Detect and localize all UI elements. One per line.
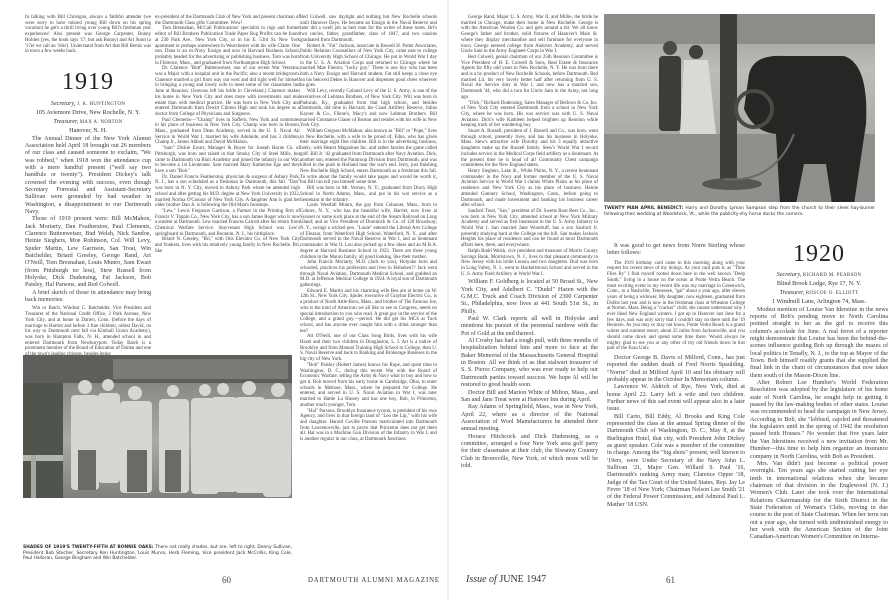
paragraph: Stuart A. Russell, president of J. Russe… <box>461 129 598 169</box>
paragraph: Louis Westfall Munro, the guy from Cohas… <box>300 203 437 260</box>
column-6: 1920 Secretary, RICHARD M. PEARSON Blind… <box>750 241 888 542</box>
paragraph: Modest mention of Louise Van Iderstine i… <box>750 307 888 380</box>
column-4: George Rand, Major U. S. Army, War II, a… <box>461 15 598 470</box>
paragraph: Red Colwell, saw daylight and nothing bu… <box>300 15 437 44</box>
group-of-men-illustration <box>23 355 292 498</box>
paragraph: "Bob" Paisley (Robert James) knows his R… <box>300 363 437 409</box>
intro-paragraph: In talking with Bill Christgau, always a… <box>25 15 151 55</box>
column-5: It was good to get news from Norm Sterli… <box>607 243 745 509</box>
treasurer-line: Treasurer, ROSCOE O. ELLIOTT <box>750 289 888 298</box>
paragraph: "Sam" Dickie Ewart, Manager & Buyer for … <box>155 146 300 175</box>
paragraph: William Gregson McMahon, also known as "… <box>300 129 437 186</box>
photo-caption-left: SHADES OF 1919'S TWENTY-FIFTH AT BONNIE … <box>23 545 292 562</box>
column-3: Red Colwell, saw daylight and nothing bu… <box>300 15 437 443</box>
column-1: In talking with Bill Christgau, always a… <box>25 15 151 358</box>
paragraph: "Hal" Parsons, Brooklyn Insurance tycoon… <box>300 409 437 443</box>
paragraph: Will Levy, recently Colonel Levy of the … <box>300 89 437 129</box>
paragraph: Those of 1919 present were: Bill McMahon… <box>25 216 151 289</box>
paragraph: Mrs. Van didn't just become a political … <box>750 461 888 542</box>
paragraph: Dr. Daniel Francis Featherston, physicia… <box>155 175 300 209</box>
treasurer-line: Treasurer, MAX A. NORTON <box>25 118 151 127</box>
page-gutter <box>447 0 449 600</box>
couple-and-horse-illustration <box>604 14 875 202</box>
paragraph: Paul Clements—"Champ" lives in Suffern, … <box>155 118 300 147</box>
paragraph: George Rand, Major U. S. Army, War II, a… <box>461 15 598 55</box>
issue-date-footer: Issue of JUNE 1947 <box>466 574 546 585</box>
paragraph: "Lew," Lewis Ferguson Garrison, a Partne… <box>155 209 300 238</box>
paragraph: A brief sketch of those in attendance ma… <box>25 290 151 305</box>
paragraph: Lawrence W. Aldrich of Rye, New York, di… <box>607 384 745 413</box>
paragraph: John Francis Moriarty, M.D. (Jack to you… <box>300 260 437 289</box>
paragraph: Red Colwell, genial chairman of our 25th… <box>461 55 598 101</box>
paragraph: Bill Carto, Bill Eddy, Al Brooks and Kin… <box>607 414 745 509</box>
magazine-title-footer: DARTMOUTH ALUMNI MAGAZINE <box>308 577 440 584</box>
photo-caption-right: TWENTY MAN APRIL BENEDICT: Harry and Dor… <box>604 206 875 217</box>
paragraph: Doctor Bill and Marion White of Milton, … <box>461 390 598 405</box>
page-number-right: 61 <box>666 575 675 585</box>
letter-quote: The 1919 birthday card came in this morn… <box>607 261 745 352</box>
secretary-address: 105 Aviemore Drive, New Rochelle, N. Y. <box>25 109 151 117</box>
paragraph: Horace Hitchcock and Dick Dudensing, as … <box>461 434 598 471</box>
paragraph: Al Crosby has had a tough pull, with thr… <box>461 338 598 389</box>
section-heading-1920: 1920 <box>750 241 888 267</box>
wedding-horse-photo <box>604 14 875 202</box>
paragraph: Ray Adams of Springfield, Mass., was in … <box>461 404 598 433</box>
paragraph: "Dick," Richard Dudensing, Sales Manager… <box>461 101 598 130</box>
paragraph: Paul W. Clark reports all well in Holyok… <box>461 316 598 338</box>
column-2: ex-president of the Dartmouth Club of Ne… <box>155 15 300 255</box>
paragraph: After Robert Lee Humber's World Federati… <box>750 380 888 461</box>
paragraph: William F. Goldberg is located at 50 Bro… <box>461 279 598 316</box>
treasurer-address: 1 Windmill Lane, Arlington 74, Mass. <box>750 298 888 306</box>
secretary-address: Blind Brook Lodge, Rye 17, N. Y. <box>750 280 888 288</box>
paragraph: Doctor George B. Davis of Milford, Conn.… <box>607 355 745 384</box>
paragraph: Bill was born in Mt. Vernon, N. Y.; grad… <box>300 186 437 203</box>
paragraph: Briard N. Greeley, "Bri," with Otis Elev… <box>155 237 300 254</box>
paragraph: Win or Batch, Windsor C. Batchelder, Vic… <box>25 306 151 357</box>
paragraph: Tom Bresnahan, McCall Publications' spec… <box>155 26 300 66</box>
paragraph: Robert A. "Fat" Jackson, associate in Ru… <box>300 44 437 90</box>
treasurer-address: Hanover, N. H. <box>25 127 151 135</box>
page-number-left: 60 <box>222 575 231 585</box>
paragraph: Edward E. Martin and his charming wife B… <box>300 289 437 335</box>
paragraph: Art O'Neill, one of our Class Song Birds… <box>300 334 437 363</box>
paragraph: Dr. Clarence "Butt" Buttenweiser, one of… <box>155 66 300 117</box>
paragraph: Sanford Treat, "San," president of Dr. S… <box>461 209 598 249</box>
paragraph: The Annual Dinner of the New York Alumni… <box>25 136 151 217</box>
paragraph: Henry Sieghers, Lake St., White Plains, … <box>461 169 598 209</box>
secretary-line: Secretary, RICHARD M. PEARSON <box>750 271 888 280</box>
class-reunion-photo <box>23 355 292 498</box>
paragraph: It was good to get news from Norm Sterli… <box>607 243 745 258</box>
section-heading-1919: 1919 <box>25 69 151 95</box>
secretary-line: Secretary, J. K. HUNTINGTON <box>25 100 151 109</box>
paragraph: ex-president of the Dartmouth Club of Ne… <box>155 15 300 26</box>
paragraph: Ralph Budd Welsh, vice president and tre… <box>461 249 598 278</box>
